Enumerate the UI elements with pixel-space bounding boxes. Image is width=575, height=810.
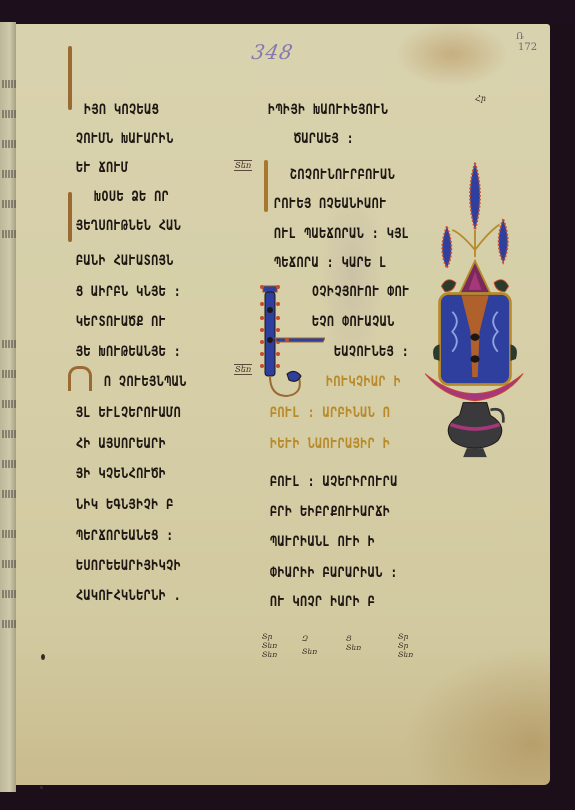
facing-text-line: [2, 530, 16, 538]
footnote-text: Տր: [398, 632, 413, 641]
marginal-ornament-vase-icon: [425, 150, 525, 468]
facing-text-line: [2, 200, 16, 208]
text-line: ԵԱՉՈՒՆԵՅ ։: [334, 342, 409, 360]
text-line: ՇՈՉՈՒՆՈՒՐԲՈՒԱՆ: [290, 165, 395, 183]
footnote-text: Յ: [346, 634, 361, 643]
facing-text-line: [2, 230, 16, 238]
text-line: Ո ՉՈՒԵՅՆՊԱՆ: [104, 372, 187, 390]
facing-text-line: [2, 110, 16, 118]
facing-text-line: [2, 370, 16, 378]
text-line: ԲՐԻ ԵԻԲՐՔՈՒԻԱՐՃԻ: [270, 502, 390, 520]
text-line: ՈՒԼ ՊԱԵՃՈՐԱՆ ։ ԿՅԼ: [274, 224, 409, 242]
ink-speck: [40, 786, 43, 789]
facing-text-line: [2, 590, 16, 598]
text-line: ՓԻԱՐԻԻ ԲԱՐԱՐԻԱՆ ։: [270, 563, 398, 581]
initial-letter-arch: [68, 366, 92, 391]
footnote-text: Տր: [262, 632, 277, 641]
text-line: ՈՒ ԿՈՉՐ ԻԱՐԻ Բ: [270, 592, 375, 610]
text-line: ԿԵՐՏՈՒԱԾՔ ՈՒ: [76, 312, 166, 330]
facing-text-line: [2, 340, 16, 348]
facing-page-edge: [0, 22, 16, 792]
pencil-folio-number: 348: [250, 40, 295, 64]
footnote-text: Տր: [398, 641, 413, 650]
footnote-text: Տեռ: [398, 650, 413, 659]
margin-note: Տեռ: [234, 160, 252, 171]
text-line: ԵՒ ՃՈՒՄ: [76, 158, 129, 176]
text-line: ՆԻԿ ԵԳՆՅԻՉԻ Բ: [76, 495, 174, 513]
text-line: ՊԵՃՈՐԱ ։ ԿԱՐԵ Լ: [274, 253, 387, 271]
footnote-text: Տեռ: [302, 647, 317, 656]
margin-note: Տեռ: [234, 364, 252, 375]
text-line: ԽՕՍԵ ՁԵ ՈՐ: [94, 187, 169, 205]
text-line: ՅԵՂՍՈՒԹՆԵՆ ՀԱՆ: [76, 216, 181, 234]
gold-text-line: ԻԵՒԻ ՆԱՈՒՐԱՅԻՐ Ի: [270, 434, 390, 452]
footnote-text: Տեռ: [262, 641, 277, 650]
text-line: ՅԻ ԿՉԵՆՀՈՒԾԻ: [76, 464, 166, 482]
ink-folio-number: Ռ 172: [518, 32, 537, 53]
facing-text-line: [2, 140, 16, 148]
text-line: ՉՈՒՄՆ ԽԱՒԱՐԻՆ: [76, 129, 174, 147]
footnote-text: Զ: [302, 634, 317, 643]
text-line: ԵՍՈՐԵԵԱՐԻՅԻԿՉԻ: [76, 556, 181, 574]
footnote-text: Տեռ: [346, 643, 361, 652]
facing-text-line: [2, 400, 16, 408]
facing-text-line: [2, 170, 16, 178]
initial-letter-bar-1: [68, 46, 72, 110]
ink-speck: [41, 654, 45, 660]
facing-text-line: [2, 560, 16, 568]
facing-text-line: [2, 460, 16, 468]
text-line: ԻՊԻՅԻ ԽԱՈՒԻԵՅՈՒՆ: [268, 100, 388, 118]
gold-text-line: ԲՈՒԼ ։ ԱՐԲԻՆԱՆ Ո: [270, 403, 390, 421]
facing-text-line: [2, 80, 16, 88]
text-line: ՀԱԿՈՒՀԿՆԵՐՆԻ .: [76, 586, 181, 604]
manuscript-folio: 348 Ռ 172 Հր ԻՅՈ ԿՈՉԵԱՑ ՉՈՒՄՆ ԽԱՒԱՐԻՆ ԵՒ…: [12, 24, 550, 785]
text-line: ՕՉԻՉՅՈՒՈՒ ՓՈՒ: [312, 282, 410, 300]
folio-hook-mark: Ռ: [516, 32, 537, 42]
facing-text-line: [2, 490, 16, 498]
footnote-group-1: Տր Տեռ Տեռ: [262, 632, 277, 659]
text-line: ՀԻ ԱՅՍՈՐԵԱՐԻ: [76, 434, 166, 452]
footnote-group-4: Տր Տր Տեռ: [398, 632, 413, 659]
dark-background-top: [0, 0, 575, 24]
facing-text-line: [2, 620, 16, 628]
initial-letter-bar-3: [264, 160, 268, 212]
text-line: ԲԱՆԻ ՀԱՒԱՏՈՅՆ: [76, 251, 174, 269]
text-line: ՅԵ ԽՈՒԹԵԱՆՅԵ ։: [76, 342, 181, 360]
footnote-group-3: Յ Տեռ: [346, 634, 361, 652]
folio-number-text: 172: [518, 42, 537, 53]
margin-note-top-right: Հր: [474, 94, 487, 103]
illuminated-initial-icon: [255, 282, 325, 402]
text-line: ԾԱՐԱԵՅ ։: [294, 129, 354, 147]
text-line: Ց ԱԻՐԲՆ ԿՆՅԵ ։: [76, 282, 181, 300]
gold-text-line: ԻՈՒԿՉԻԱՐ Ի: [326, 372, 401, 390]
text-line: ԻՅՈ ԿՈՉԵԱՑ: [84, 100, 159, 118]
text-line: ՐՈՒԵՅ ՈՉԵԱՆԻԱՈՒ: [274, 194, 387, 212]
text-line: ԲՈՒԼ ։ ԱՉԵՐԻՐՈՒՐԱ: [270, 472, 398, 490]
text-line: ՅԼ ԵՒԼՉԵՐՈՒԱՄՈ: [76, 403, 181, 421]
text-line: ՊԱՒՐԻԱՆԼ ՈՒԻ Ի: [270, 532, 375, 550]
facing-text-line: [2, 430, 16, 438]
footnote-group-2: Զ Տեռ: [302, 634, 317, 656]
footnote-text: Տեռ: [262, 650, 277, 659]
initial-letter-bar-2: [68, 192, 72, 242]
text-line: ՊԵՐՃՈՐԵԱՆԵՑ ։: [76, 526, 174, 544]
